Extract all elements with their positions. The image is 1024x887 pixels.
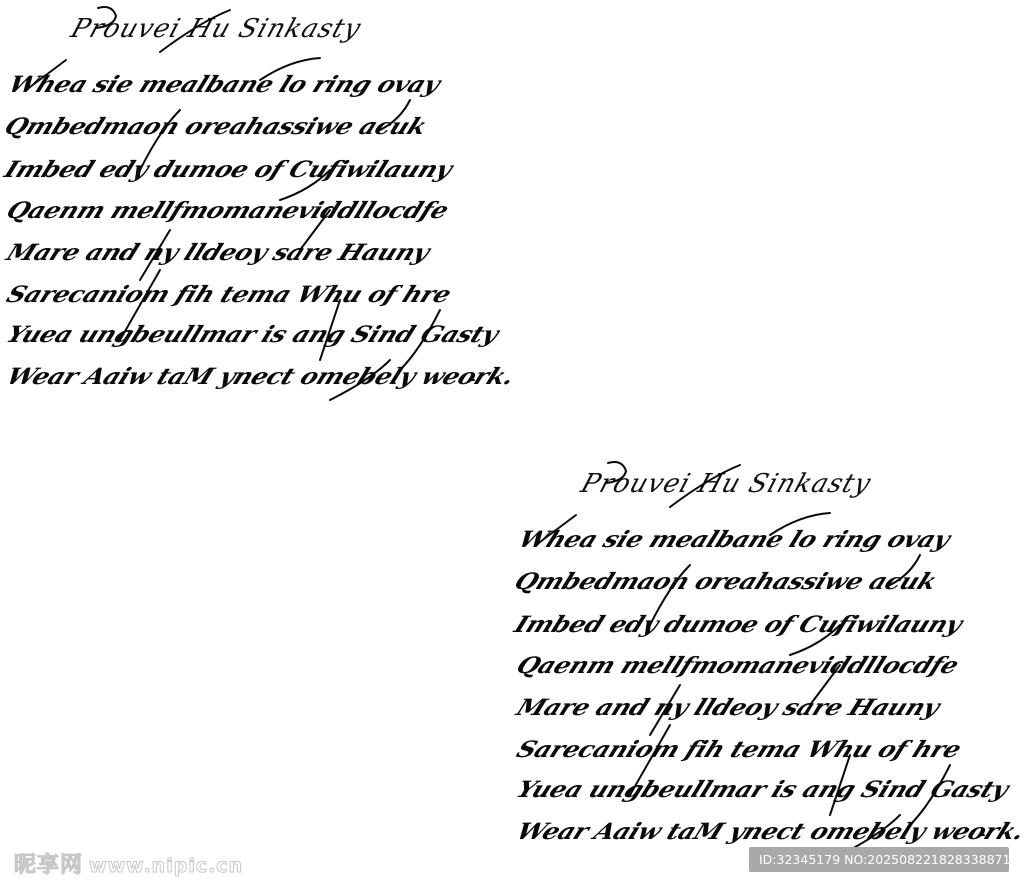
site-watermark: 昵享网www.nipic.cn [14, 848, 243, 879]
handwriting-line: Qmbedmaon oreahassiwe acuk [511, 568, 941, 594]
handwriting-line: Wear Aaiw taM ynect omebely weork. [3, 363, 519, 389]
handwriting-block-2: Prouvei Hu Sinkasty Whea sie mealbane lo… [510, 455, 1020, 875]
handwriting-line: Imbed edy dumoe of Cufiwilauny [511, 611, 966, 637]
handwriting-line: Whea sie mealbane lo ring ovay [5, 71, 444, 97]
letter-title: Prouvei Hu Sinkasty [577, 469, 875, 499]
watermark-site-url: www.nipic.cn [89, 855, 243, 877]
handwriting-line: Qmbedmaon oreahassiwe acuk [1, 113, 431, 139]
image-id-badge: ID:32345179 NO:20250822182833887107 [749, 847, 1009, 872]
letter-title: Prouvei Hu Sinkasty [67, 14, 365, 44]
handwriting-line: Yuea ungbeullmar is ang Sind Gasty [3, 321, 503, 347]
handwriting-line: Mare and ny lldeoy sare Hauny [513, 694, 944, 720]
handwriting-line: Mare and ny lldeoy sare Hauny [3, 239, 434, 265]
handwriting-line: Qaenm mellfmomaneviddllocdfe [3, 197, 453, 223]
handwriting-line: Wear Aaiw taM ynect omebely weork. [513, 818, 1024, 844]
handwriting-block-1: Prouvei Hu Sinkasty Whea sie mealbane lo… [0, 0, 500, 420]
handwriting-line: Yuea ungbeullmar is ang Sind Gasty [513, 776, 1013, 802]
handwriting-line: Whea sie mealbane lo ring ovay [515, 526, 954, 552]
handwriting-line: Sarecaniom fih tema Whu of hre [3, 281, 455, 307]
handwriting-line: Sarecaniom fih tema Whu of hre [513, 736, 965, 762]
handwriting-line: Imbed edy dumoe of Cufiwilauny [1, 156, 456, 182]
handwriting-line: Qaenm mellfmomaneviddllocdfe [513, 652, 963, 678]
watermark-site-name: 昵享网 [14, 853, 83, 878]
